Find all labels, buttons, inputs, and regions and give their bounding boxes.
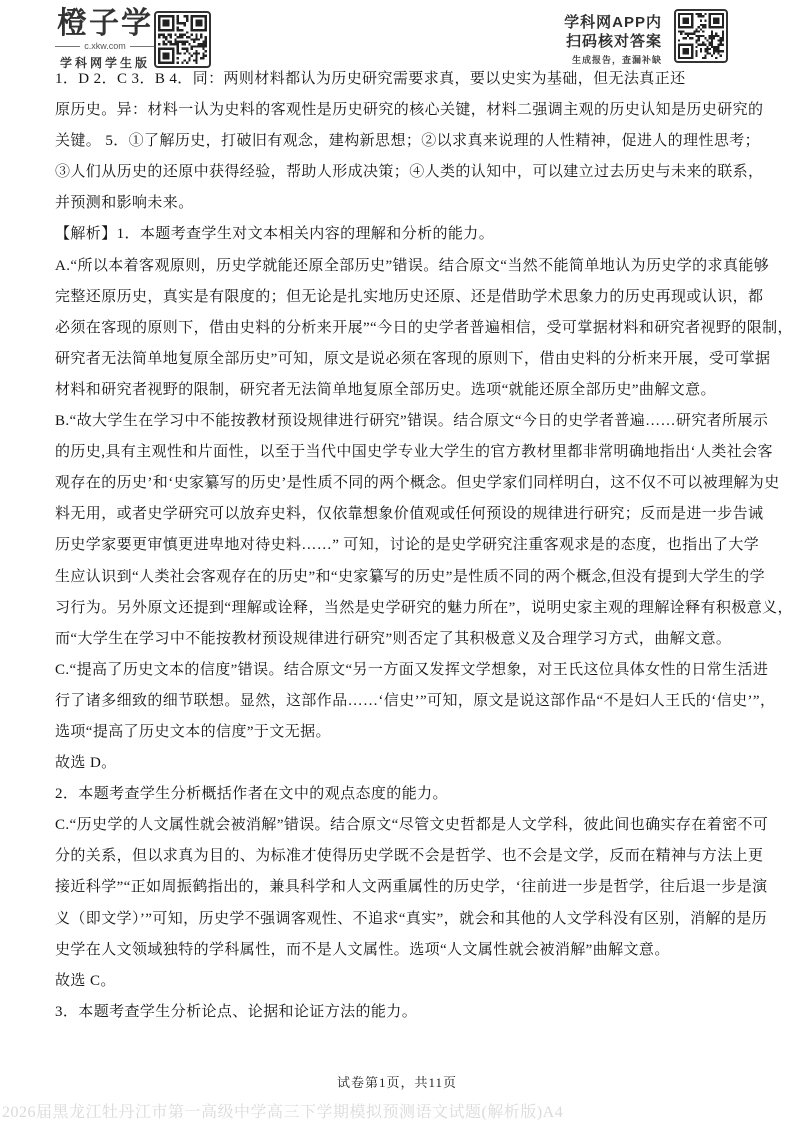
qr-code-left-icon: [154, 11, 211, 68]
text-line: 习行为。另外原文还提到“理解或诠释，当然是史学研究的魅力所在”，说明史家主观的理…: [55, 593, 747, 624]
text-line: 历史学家要更审慎更进卑地对待史料……” 可知，讨论的是史学研究注重客观求是的态度…: [55, 530, 747, 561]
exam-answer-page: 橙子学 c.xkw.com 学科网学生版 学科网APP内 扫码核对答案 生成报告…: [0, 0, 794, 1123]
text-line: 【解析】1．本题考查学生对文本相关内容的理解和分析的能力。: [55, 219, 747, 250]
text-line: 的历史,具有主观性和片面性，以至于当代中国史学专业大学生的官方教材里都非常明确地…: [55, 437, 747, 468]
text-line: 必须在客现的原则下，借由史料的分析来开展”“今日的史学者普遍相信，受可掌据材料和…: [55, 313, 747, 344]
qr-code-right-icon: [674, 9, 728, 63]
text-line: 研究者无法简单地复原全部历史”可知，原文是说必须在客现的原则下，借由史料的分析来…: [55, 344, 747, 375]
text-line: B.“故大学生在学习中不能按教材预设规律进行研究”错误。结合原文“今日的史学者普…: [55, 406, 747, 437]
brand-logo: 橙子学 c.xkw.com 学科网学生版: [55, 8, 155, 71]
text-line: 义（即文学）’”可知，历史学不强调客观性、不追求“真实”，就会和其他的人文学科没…: [55, 904, 747, 935]
text-line: C.“提高了历史文本的信度”错误。结合原文“另一方面又发挥文学想象，对王氏这位具…: [55, 655, 747, 686]
text-line: 分的关系，但以求真为目的、为标准才使得历史学既不会是哲学、也不会是文学，反而在精…: [55, 841, 747, 872]
text-line: 而“大学生在学习中不能按教材预设规律进行研究”则否定了其积极意义及合理学习方式，…: [55, 624, 747, 655]
app-note-line1: 学科网APP内: [564, 13, 662, 32]
text-line: 完整还原历史，真实是有限度的；但无论是扎实地历史还原、还是借助学术思象力的历史再…: [55, 282, 747, 313]
text-line: A.“所以本着客观原则，历史学就能还原全部历史”错误。结合原文“当然不能简单地认…: [55, 251, 747, 282]
text-line: 2．本题考查学生分析概括作者在文中的观点态度的能力。: [55, 779, 747, 810]
text-line: C.“历史学的人文属性就会被消解”错误。结合原文“尽管文史哲都是人文学科，彼此间…: [55, 810, 747, 841]
app-scan-note: 学科网APP内 扫码核对答案 生成报告，查漏补缺: [564, 13, 662, 66]
brand-logo-url: c.xkw.com: [55, 41, 155, 51]
text-line: 1．D 2．C 3．B 4．同：两则材料都认为历史研究需要求真，要以史实为基础，…: [55, 64, 747, 95]
text-line: 选项“提高了历史文本的信度”于文无据。: [55, 717, 747, 748]
app-note-line2: 扫码核对答案: [564, 32, 662, 51]
divider: [130, 46, 155, 47]
exam-title-watermark: 2026届黑龙江牡丹江市第一高级中学高三下学期模拟预测语文试题(解析版)A4: [2, 1099, 563, 1122]
brand-logo-url-text: c.xkw.com: [84, 41, 126, 51]
text-line: 3．本题考查学生分析论点、论据和论证方法的能力。: [55, 997, 747, 1028]
brand-logo-title: 橙子学: [55, 8, 155, 40]
page-number-info: 试卷第1页，共11页: [0, 1072, 794, 1091]
text-line: 史学在人文领域独特的学科属性，而不是人文属性。选项“人文属性就会被消解”曲解文意…: [55, 935, 747, 966]
text-line: 接近科学”“正如周振鹤指出的，兼具科学和人文两重属性的历史学，‘往前进一步是哲学…: [55, 872, 747, 903]
text-line: 行了诸多细致的细节联想。显然，这部作品……‘信史’”可知，原文是说这部作品“不是…: [55, 686, 747, 717]
text-line: ③人们从历史的还原中获得经验，帮助人形成决策；④人类的认知中，可以建立过去历史与…: [55, 157, 747, 188]
text-line: 原历史。异：材料一认为史料的客观性是历史研究的核心关键，材料二强调主观的历史认知…: [55, 95, 747, 126]
text-line: 料无用，或者史学研究可以放弃史料，仅依靠想象价值观或任何预设的规律进行研究；反而…: [55, 499, 747, 530]
divider: [55, 46, 80, 47]
text-line: 关键。 5．①了解历史，打破旧有观念，建构新思想；②以求真来说理的人性精神，促进…: [55, 126, 747, 157]
text-line: 生应认识到“人类社会客观存在的历史”和“史家纂写的历史”是性质不同的两个概念,但…: [55, 562, 747, 593]
text-line: 并预测和影响未来。: [55, 188, 747, 219]
document-body: 1．D 2．C 3．B 4．同：两则材料都认为历史研究需要求真，要以史实为基础，…: [55, 64, 747, 1028]
text-line: 故选 C。: [55, 966, 747, 997]
text-line: 故选 D。: [55, 748, 747, 779]
text-line: 观存在的历史’和‘史家纂写的历史’是性质不同的两个概念。但史学家们同样明白，这不…: [55, 468, 747, 499]
text-line: 材料和研究者视野的限制，研究者无法简单地复原全部历史。选项“就能还原全部历史”曲…: [55, 375, 747, 406]
